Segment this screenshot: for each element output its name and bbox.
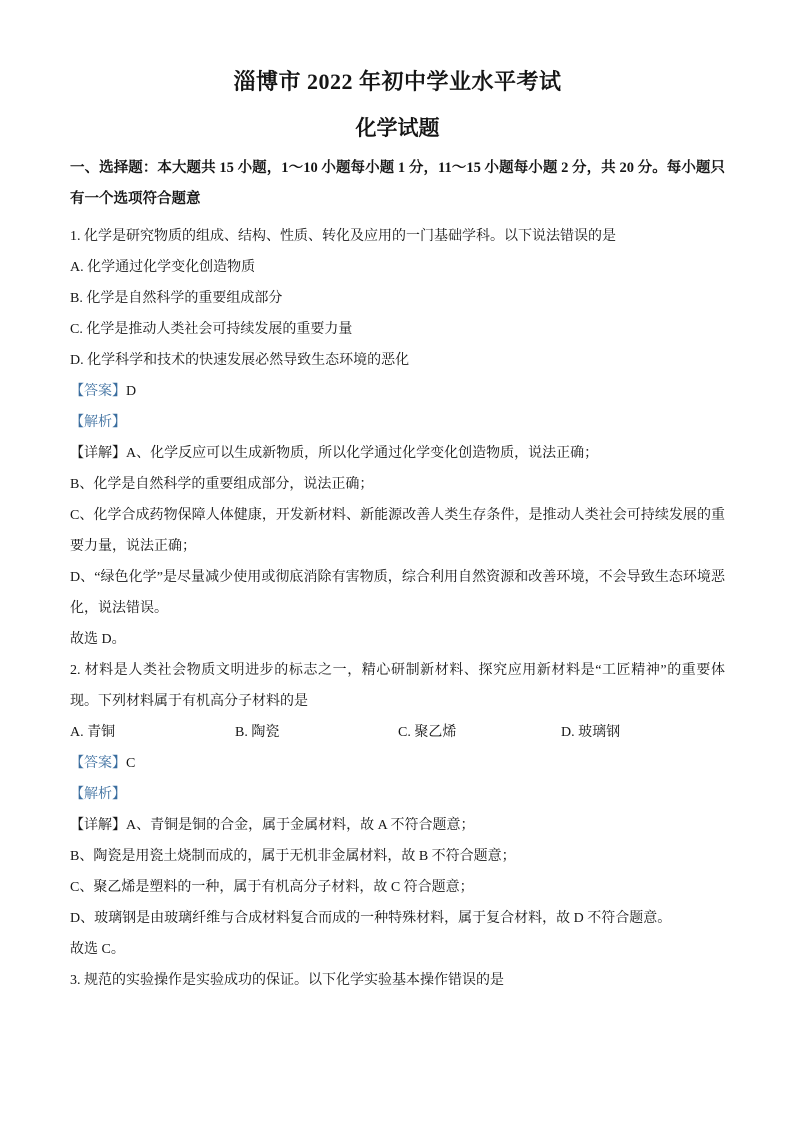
question-2-detail-a-text: A、青铜是铜的合金，属于金属材料，故 A 不符合题意； <box>126 818 474 833</box>
page-content: 淄博市 2022 年初中学业水平考试 化学试题 一、选择题：本大题共 15 小题… <box>0 0 793 996</box>
question-2-options-row: A. 青铜 B. 陶瓷 C. 聚乙烯 D. 玻璃钢 <box>70 717 725 748</box>
question-1: 1. 化学是研究物质的组成、结构、性质、转化及应用的一门基础学科。以下说法错误的… <box>70 221 725 655</box>
question-2-detail-c: C、聚乙烯是塑料的一种，属于有机高分子材料，故 C 符合题意； <box>70 872 725 903</box>
question-2-analysis-line: 【解析】 <box>70 779 725 810</box>
question-2-answer-value: C <box>126 756 135 771</box>
question-2-option-a: A. 青铜 <box>70 717 235 748</box>
question-2-stem: 2. 材料是人类社会物质文明进步的标志之一，精心研制新材料、探究应用新材料是“工… <box>70 655 725 717</box>
question-2-detail-d: D、玻璃钢是由玻璃纤维与合成材料复合而成的一种特殊材料，属于复合材料，故 D 不… <box>70 903 725 934</box>
question-3-stem: 3. 规范的实验操作是实验成功的保证。以下化学实验基本操作错误的是 <box>70 965 725 996</box>
question-1-option-d: D. 化学科学和技术的快速发展必然导致生态环境的恶化 <box>70 345 725 376</box>
question-2-detail-a: 【详解】A、青铜是铜的合金，属于金属材料，故 A 不符合题意； <box>70 810 725 841</box>
question-1-answer-line: 【答案】D <box>70 376 725 407</box>
section-one-header: 一、选择题：本大题共 15 小题，1～10 小题每小题 1 分，11～15 小题… <box>70 153 725 215</box>
analysis-label: 【解析】 <box>70 787 126 802</box>
question-1-stem: 1. 化学是研究物质的组成、结构、性质、转化及应用的一门基础学科。以下说法错误的… <box>70 221 725 252</box>
question-1-detail-d: D、“绿色化学”是尽量减少使用或彻底消除有害物质，综合利用自然资源和改善环境，不… <box>70 562 725 624</box>
answer-label: 【答案】 <box>70 384 126 399</box>
question-2-option-d: D. 玻璃钢 <box>561 717 725 748</box>
question-1-answer-value: D <box>126 384 136 399</box>
detail-label: 【详解】 <box>70 446 126 461</box>
doc-title: 淄博市 2022 年初中学业水平考试 <box>70 67 725 97</box>
question-2-option-b: B. 陶瓷 <box>235 717 398 748</box>
detail-label: 【详解】 <box>70 818 126 833</box>
question-1-conclusion: 故选 D。 <box>70 624 725 655</box>
answer-label: 【答案】 <box>70 756 126 771</box>
question-1-option-b: B. 化学是自然科学的重要组成部分 <box>70 283 725 314</box>
question-1-option-a: A. 化学通过化学变化创造物质 <box>70 252 725 283</box>
question-2-detail-b: B、陶瓷是用瓷土烧制而成的，属于无机非金属材料，故 B 不符合题意； <box>70 841 725 872</box>
question-1-option-c: C. 化学是推动人类社会可持续发展的重要力量 <box>70 314 725 345</box>
question-1-detail-a: 【详解】A、化学反应可以生成新物质，所以化学通过化学变化创造物质，说法正确； <box>70 438 725 469</box>
question-2-option-c: C. 聚乙烯 <box>398 717 561 748</box>
question-2: 2. 材料是人类社会物质文明进步的标志之一，精心研制新材料、探究应用新材料是“工… <box>70 655 725 965</box>
analysis-label: 【解析】 <box>70 415 126 430</box>
doc-subtitle: 化学试题 <box>70 113 725 143</box>
question-1-detail-b: B、化学是自然科学的重要组成部分，说法正确； <box>70 469 725 500</box>
question-1-analysis-line: 【解析】 <box>70 407 725 438</box>
question-1-detail-c: C、化学合成药物保障人体健康，开发新材料、新能源改善人类生存条件，是推动人类社会… <box>70 500 725 562</box>
question-1-detail-a-text: A、化学反应可以生成新物质，所以化学通过化学变化创造物质，说法正确； <box>126 446 598 461</box>
question-3: 3. 规范的实验操作是实验成功的保证。以下化学实验基本操作错误的是 <box>70 965 725 996</box>
question-2-conclusion: 故选 C。 <box>70 934 725 965</box>
question-2-answer-line: 【答案】C <box>70 748 725 779</box>
exam-paper-page: 淄博市 2022 年初中学业水平考试 化学试题 一、选择题：本大题共 15 小题… <box>0 0 793 1122</box>
